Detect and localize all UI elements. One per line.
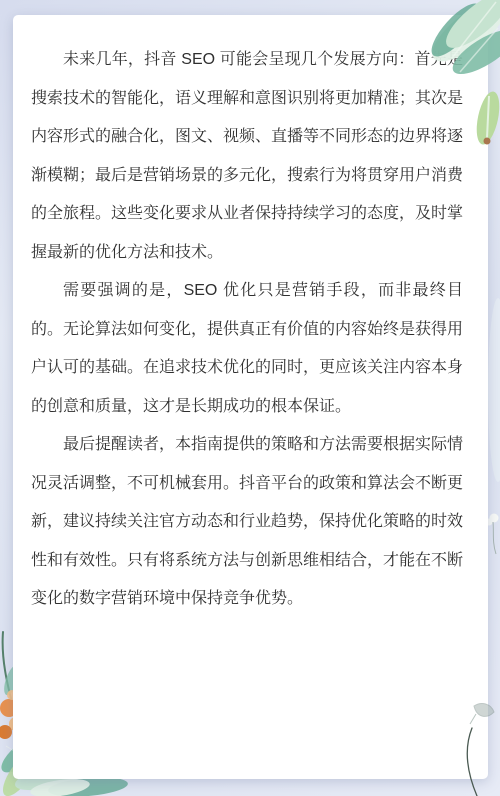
page-background: 未来几年，抖音 SEO 可能会呈现几个发展方向：首先是搜索技术的智能化，语义理解… <box>0 0 500 796</box>
faint-leaf <box>488 298 500 482</box>
document-page: 未来几年，抖音 SEO 可能会呈现几个发展方向：首先是搜索技术的智能化，语义理解… <box>13 15 488 779</box>
paragraph-final-reminder: 最后提醒读者，本指南提供的策略和方法需要根据实际情况灵活调整，不可机械套用。抖音… <box>31 426 463 619</box>
white-flower <box>490 514 499 523</box>
flower-stem <box>493 522 496 554</box>
document-text: 未来几年，抖音 SEO 可能会呈现几个发展方向：首先是搜索技术的智能化，语义理解… <box>13 15 488 619</box>
paragraph-future-directions: 未来几年，抖音 SEO 可能会呈现几个发展方向：首先是搜索技术的智能化，语义理解… <box>31 41 463 272</box>
flower-petal <box>0 725 12 739</box>
paragraph-seo-as-means: 需要强调的是，SEO 优化只是营销手段，而非最终目的。无论算法如何变化，提供真正… <box>31 272 463 426</box>
